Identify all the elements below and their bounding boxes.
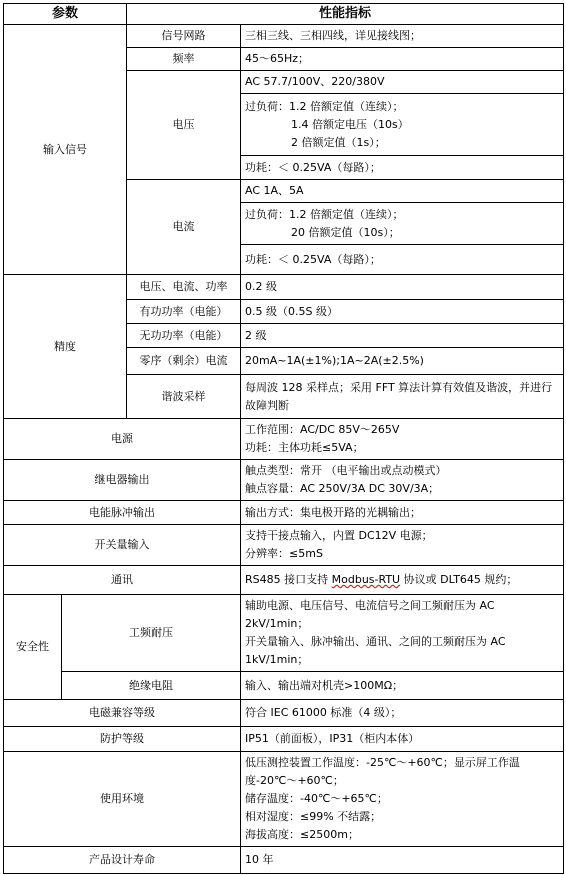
spellcheck-marked-text: Modbus-RTU bbox=[332, 573, 400, 586]
environment-line: 相对湿度：≤99% 不结露； bbox=[245, 808, 559, 826]
emc-label: 电磁兼容等级 bbox=[4, 700, 241, 727]
table-row: 继电器输出 触点类型：常开 （电平输出或点动模式） 触点容量：AC 250V/3… bbox=[4, 460, 564, 501]
spec-table: 参数 性能指标 输入信号 信号网路 三相三线、三相四线，详见接线图； 频率 45… bbox=[3, 3, 564, 874]
table-row: 产品设计寿命 10 年 bbox=[4, 847, 564, 874]
circuit-label: 信号网路 bbox=[127, 25, 241, 48]
pulse-output-label: 电能脉冲输出 bbox=[4, 501, 241, 525]
table-row: 使用环境 低压测控装置工作温度：-25℃～+60℃；显示屏工作温度-20℃～+6… bbox=[4, 752, 564, 847]
table-row: 防护等级 IP51（前面板），IP31（柜内本体） bbox=[4, 727, 564, 752]
frequency-label: 频率 bbox=[127, 48, 241, 71]
table-row: 输入信号 信号网路 三相三线、三相四线，详见接线图； bbox=[4, 25, 564, 48]
accuracy-label: 精度 bbox=[4, 275, 127, 419]
input-signal-label: 输入信号 bbox=[4, 25, 127, 275]
frequency-value: 45～65Hz； bbox=[241, 48, 564, 71]
voltage-rated: AC 57.7/100V、220/380V bbox=[241, 71, 564, 94]
withstand-label: 工频耐压 bbox=[62, 595, 241, 672]
voltage-overload-line: 1.4 倍额定电压（10s） bbox=[245, 116, 559, 134]
insulation-value: 输入、输出端对机壳>100MΩ； bbox=[241, 672, 564, 700]
table-row: 电能脉冲输出 输出方式：集电极开路的光耦输出； bbox=[4, 501, 564, 525]
accuracy-row-label: 谐波采样 bbox=[127, 375, 241, 419]
table-row: 开关量输入 支持干接点输入，内置 DC12V 电源； 分辨率：≤5mS bbox=[4, 525, 564, 566]
header-spec: 性能指标 bbox=[127, 4, 564, 25]
accuracy-row-value: 20mA~1A(±1%);1A~2A(±2.5%) bbox=[241, 348, 564, 375]
table-row: 安全性 工频耐压 辅助电源、电压信号、电流信号之间工频耐压为 AC 2kV/1m… bbox=[4, 595, 564, 672]
current-power: 功耗：＜ 0.25VA（每路）； bbox=[241, 245, 564, 275]
power-supply-label: 电源 bbox=[4, 419, 241, 460]
voltage-overload-line: 过负荷：1.2 倍额定值（连续）； bbox=[245, 98, 559, 116]
switch-input-line: 分辨率：≤5mS bbox=[245, 545, 559, 563]
power-supply-line: 工作范围：AC/DC 85V～265V bbox=[245, 421, 559, 439]
withstand-line: 辅助电源、电压信号、电流信号之间工频耐压为 AC 2kV/1min； bbox=[245, 597, 559, 633]
pulse-output-value: 输出方式：集电极开路的光耦输出； bbox=[241, 501, 564, 525]
current-overload-line: 过负荷：1.2 倍额定值（连续）； bbox=[245, 206, 559, 224]
table-row: 电源 工作范围：AC/DC 85V～265V 功耗：主体功耗≤5VA； bbox=[4, 419, 564, 460]
current-overload-line: 20 倍额定值（10s）； bbox=[245, 224, 559, 242]
voltage-overload-line: 2 倍额定值（1s）； bbox=[245, 134, 559, 152]
communication-label: 通讯 bbox=[4, 566, 241, 595]
switch-input-line: 支持干接点输入，内置 DC12V 电源； bbox=[245, 527, 559, 545]
header-row: 参数 性能指标 bbox=[4, 4, 564, 25]
table-row: 绝缘电阻 输入、输出端对机壳>100MΩ； bbox=[4, 672, 564, 700]
header-param: 参数 bbox=[4, 4, 127, 25]
accuracy-row-label: 有功功率（电能） bbox=[127, 300, 241, 324]
protection-label: 防护等级 bbox=[4, 727, 241, 752]
communication-text: 协议或 DLT645 规约； bbox=[400, 573, 517, 586]
accuracy-row-value: 2 级 bbox=[241, 324, 564, 348]
lifetime-value: 10 年 bbox=[241, 847, 564, 874]
relay-output-line: 触点类型：常开 （电平输出或点动模式） bbox=[245, 462, 559, 480]
table-row: 通讯 RS485 接口支持 Modbus-RTU 协议或 DLT645 规约； bbox=[4, 566, 564, 595]
environment-label: 使用环境 bbox=[4, 752, 241, 847]
current-overload: 过负荷：1.2 倍额定值（连续）； 20 倍额定值（10s）； bbox=[241, 203, 564, 245]
accuracy-row-value: 0.2 级 bbox=[241, 275, 564, 300]
withstand-line: 开关量输入、脉冲输出、通讯、之间的工频耐压为 AC 1kV/1min； bbox=[245, 633, 559, 669]
withstand-value: 辅助电源、电压信号、电流信号之间工频耐压为 AC 2kV/1min； 开关量输入… bbox=[241, 595, 564, 672]
relay-output-line: 触点容量：AC 250V/3A DC 30V/3A； bbox=[245, 480, 559, 498]
protection-value: IP51（前面板），IP31（柜内本体） bbox=[241, 727, 564, 752]
lifetime-label: 产品设计寿命 bbox=[4, 847, 241, 874]
relay-output-value: 触点类型：常开 （电平输出或点动模式） 触点容量：AC 250V/3A DC 3… bbox=[241, 460, 564, 501]
voltage-overload: 过负荷：1.2 倍额定值（连续）； 1.4 倍额定电压（10s） 2 倍额定值（… bbox=[241, 94, 564, 156]
environment-value: 低压测控装置工作温度：-25℃～+60℃；显示屏工作温度-20℃～+60℃； 储… bbox=[241, 752, 564, 847]
voltage-label: 电压 bbox=[127, 71, 241, 180]
relay-output-label: 继电器输出 bbox=[4, 460, 241, 501]
accuracy-row-value: 每周波 128 采样点；采用 FFT 算法计算有效值及谐波，并进行故障判断 bbox=[241, 375, 564, 419]
current-rated: AC 1A、5A bbox=[241, 180, 564, 203]
accuracy-row-label: 零序（剩余）电流 bbox=[127, 348, 241, 375]
environment-line: 海拔高度：≤2500m； bbox=[245, 826, 559, 844]
power-supply-value: 工作范围：AC/DC 85V～265V 功耗：主体功耗≤5VA； bbox=[241, 419, 564, 460]
current-label: 电流 bbox=[127, 180, 241, 275]
accuracy-row-value: 0.5 级（0.5S 级） bbox=[241, 300, 564, 324]
communication-text: RS485 接口支持 bbox=[245, 573, 332, 586]
switch-input-value: 支持干接点输入，内置 DC12V 电源； 分辨率：≤5mS bbox=[241, 525, 564, 566]
insulation-label: 绝缘电阻 bbox=[62, 672, 241, 700]
communication-value: RS485 接口支持 Modbus-RTU 协议或 DLT645 规约； bbox=[241, 566, 564, 595]
safety-label: 安全性 bbox=[4, 595, 62, 700]
switch-input-label: 开关量输入 bbox=[4, 525, 241, 566]
environment-line: 低压测控装置工作温度：-25℃～+60℃；显示屏工作温度-20℃～+60℃； bbox=[245, 754, 559, 790]
table-row: 精度 电压、电流、功率 0.2 级 bbox=[4, 275, 564, 300]
table-row: 电磁兼容等级 符合 IEC 61000 标准（4 级）； bbox=[4, 700, 564, 727]
voltage-power: 功耗：＜ 0.25VA（每路）； bbox=[241, 156, 564, 180]
accuracy-row-label: 电压、电流、功率 bbox=[127, 275, 241, 300]
environment-line: 储存温度：-40℃～+65℃； bbox=[245, 790, 559, 808]
emc-value: 符合 IEC 61000 标准（4 级）； bbox=[241, 700, 564, 727]
power-supply-line: 功耗：主体功耗≤5VA； bbox=[245, 439, 559, 457]
accuracy-row-label: 无功功率（电能） bbox=[127, 324, 241, 348]
circuit-value: 三相三线、三相四线，详见接线图； bbox=[241, 25, 564, 48]
